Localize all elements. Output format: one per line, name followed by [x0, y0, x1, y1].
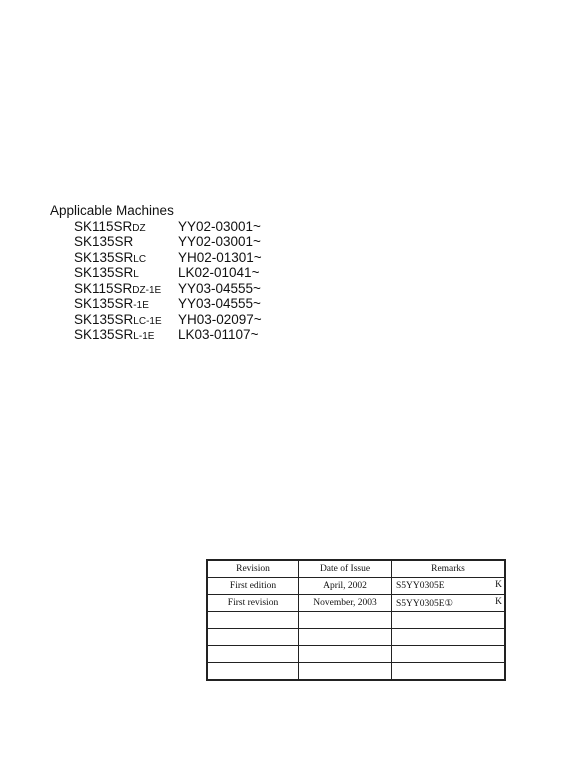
header-remarks: Remarks [392, 560, 506, 578]
machine-model: SK115SRDZ-1E [74, 281, 178, 297]
machine-row: SK135SRLCYH02-01301~ [74, 250, 262, 266]
machine-row: SK135SR-1EYY03-04555~ [74, 296, 262, 312]
machine-model: SK135SRL [74, 265, 178, 281]
model-suffix: LC-1E [133, 316, 161, 327]
revision-cell [207, 646, 299, 663]
revision-cell: First revision [207, 595, 299, 612]
remarks-mark: K [495, 580, 502, 590]
machine-row: SK135SRYY02-03001~ [74, 234, 262, 250]
revision-cell [207, 629, 299, 646]
remarks-mark: K [495, 597, 502, 607]
model-suffix: LC [133, 254, 146, 265]
date-cell: November, 2003 [299, 595, 392, 612]
remarks-cell [392, 612, 506, 629]
remarks-cell: S5YY0305EK [392, 578, 506, 595]
date-cell [299, 663, 392, 681]
machine-row: SK135SRLLK02-01041~ [74, 265, 262, 281]
model-suffix: L [133, 269, 139, 280]
model-suffix: -1E [133, 300, 149, 311]
model-suffix: DZ-1E [132, 285, 161, 296]
date-cell: April, 2002 [299, 578, 392, 595]
machine-model: SK135SRLC-1E [74, 312, 178, 328]
date-cell [299, 612, 392, 629]
serial-range: LK03-01107~ [178, 327, 258, 343]
machine-model: SK135SR [74, 234, 178, 250]
machine-row: SK115SRDZ-1EYY03-04555~ [74, 281, 262, 297]
applicable-machines: Applicable Machines SK115SRDZYY02-03001~… [50, 203, 262, 343]
machine-row: SK135SRL-1ELK03-01107~ [74, 327, 262, 343]
table-row [207, 612, 505, 629]
table-row: First revisionNovember, 2003S5YY0305E①K [207, 595, 505, 612]
serial-range: YY02-03001~ [178, 234, 261, 250]
header-revision: Revision [207, 560, 299, 578]
date-cell [299, 646, 392, 663]
date-cell [299, 629, 392, 646]
header-date: Date of Issue [299, 560, 392, 578]
remarks-cell [392, 646, 506, 663]
remarks-cell [392, 629, 506, 646]
machine-list: SK115SRDZYY02-03001~SK135SRYY02-03001~SK… [74, 219, 262, 343]
serial-range: LK02-01041~ [178, 265, 259, 281]
model-suffix: L-1E [133, 331, 154, 342]
machine-row: SK135SRLC-1EYH03-02097~ [74, 312, 262, 328]
machine-model: SK135SR-1E [74, 296, 178, 312]
table-row [207, 646, 505, 663]
applicable-machines-title: Applicable Machines [50, 203, 262, 219]
machine-model: SK115SRDZ [74, 219, 178, 235]
serial-range: YY03-04555~ [178, 281, 261, 297]
remarks-cell [392, 663, 506, 681]
table-header-row: Revision Date of Issue Remarks [207, 560, 505, 578]
machine-row: SK115SRDZYY02-03001~ [74, 219, 262, 235]
model-suffix: DZ [132, 223, 145, 234]
revision-table: Revision Date of Issue Remarks First edi… [206, 559, 506, 681]
remarks-cell: S5YY0305E①K [392, 595, 506, 612]
revision-cell [207, 663, 299, 681]
serial-range: YH02-01301~ [178, 250, 262, 266]
serial-range: YH03-02097~ [178, 312, 262, 328]
serial-range: YY02-03001~ [178, 219, 261, 235]
table-row [207, 629, 505, 646]
revision-cell [207, 612, 299, 629]
machine-model: SK135SRL-1E [74, 327, 178, 343]
serial-range: YY03-04555~ [178, 296, 261, 312]
table-row: First editionApril, 2002S5YY0305EK [207, 578, 505, 595]
revision-cell: First edition [207, 578, 299, 595]
table-row [207, 663, 505, 681]
machine-model: SK135SRLC [74, 250, 178, 266]
